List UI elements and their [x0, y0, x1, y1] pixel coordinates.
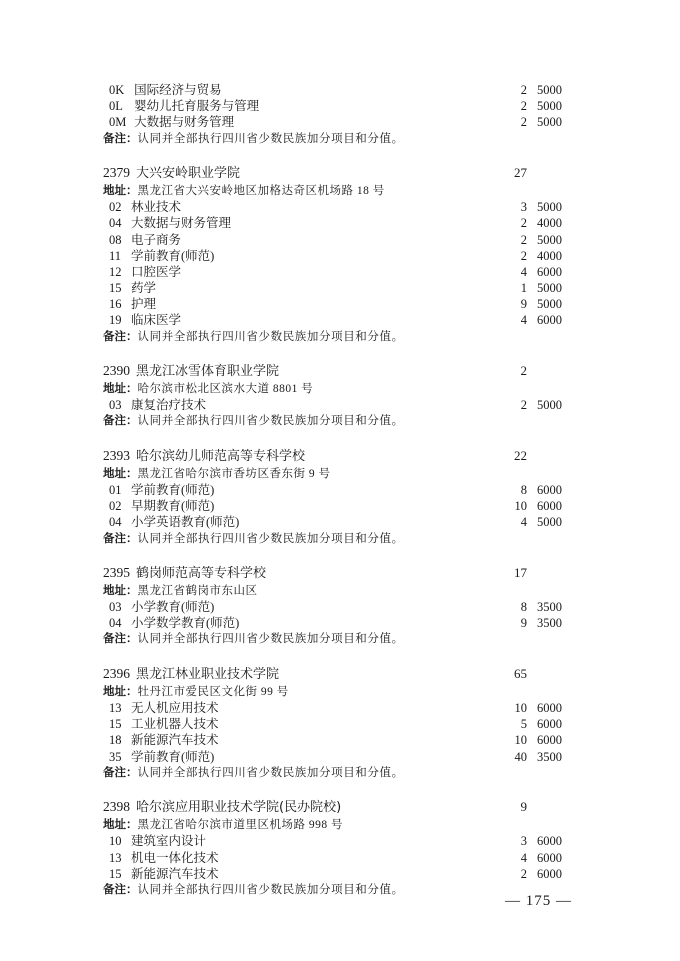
address-text: 黑龙江省哈尔滨市道里区机场路 998 号 [138, 819, 344, 831]
major-code: 04 [109, 514, 131, 530]
major-fee: 5000 [537, 98, 562, 114]
page-content: 0K 国际经济与贸易 2 5000 0L 婴幼儿托育服务与管理 2 5000 0… [103, 82, 573, 898]
school-block: 2393哈尔滨幼儿师范高等专科学校 22 地址：黑龙江省哈尔滨市香坊区香东街 9… [103, 446, 573, 547]
school-block: 2398哈尔滨应用职业技术学院(民办院校) 9 地址：黑龙江省哈尔滨市道里区机场… [103, 797, 573, 898]
major-count: 2 [507, 82, 527, 98]
major-name: 林业技术 [131, 200, 181, 214]
major-fee: 4000 [537, 215, 562, 231]
major-fee: 5000 [537, 397, 562, 413]
address-line: 地址：牡丹江市爱民区文化街 99 号 [103, 684, 573, 700]
major-name: 国际经济与贸易 [134, 83, 222, 97]
major-fee: 6000 [537, 866, 562, 882]
page-number: — 175 — [505, 893, 572, 910]
major-fee: 5000 [537, 114, 562, 130]
major-count: 4 [507, 514, 527, 530]
address-line: 地址：黑龙江省哈尔滨市道里区机场路 998 号 [103, 817, 573, 833]
major-name: 临床医学 [131, 313, 181, 327]
major-fee: 3500 [537, 749, 562, 765]
note-text: 认同并全部执行四川省少数民族加分项目和分值。 [138, 767, 404, 779]
major-name: 新能源汽车技术 [131, 733, 219, 747]
major-name: 小学教育(师范) [131, 600, 214, 614]
major-name: 大数据与财务管理 [131, 216, 231, 230]
major-name: 新能源汽车技术 [131, 867, 219, 881]
major-row: 03小学教育(师范)83500 [103, 599, 573, 615]
address-line: 地址：黑龙江省鹤岗市东山区 [103, 583, 573, 599]
major-name: 康复治疗技术 [131, 398, 206, 412]
major-code: 19 [109, 312, 131, 328]
note-text: 认同并全部执行四川省少数民族加分项目和分值。 [138, 633, 404, 645]
note-text: 认同并全部执行四川省少数民族加分项目和分值。 [138, 884, 404, 896]
school-header: 2393哈尔滨幼儿师范高等专科学校 22 [103, 446, 573, 466]
major-count: 3 [507, 833, 527, 849]
school-code: 2393 [103, 448, 130, 463]
major-code: 08 [109, 232, 131, 248]
major-fee: 6000 [537, 833, 562, 849]
major-fee: 5000 [537, 199, 562, 215]
major-row: 08电子商务25000 [103, 232, 573, 248]
school-code: 2379 [103, 165, 130, 180]
major-name: 早期教育(师范) [131, 499, 214, 513]
major-fee: 6000 [537, 700, 562, 716]
continuation-block: 0K 国际经济与贸易 2 5000 0L 婴幼儿托育服务与管理 2 5000 0… [103, 82, 573, 147]
school-header: 2379大兴安岭职业学院 27 [103, 163, 573, 183]
school-block: 2396黑龙江林业职业技术学院 65 地址：牡丹江市爱民区文化街 99 号 13… [103, 664, 573, 781]
major-fee: 5000 [537, 232, 562, 248]
major-count: 3 [507, 199, 527, 215]
major-fee: 5000 [537, 296, 562, 312]
note-text: 认同并全部执行四川省少数民族加分项目和分值。 [138, 133, 404, 145]
major-code: 15 [109, 280, 131, 296]
major-row: 12口腔医学46000 [103, 264, 573, 280]
major-code: 0K [109, 82, 131, 98]
address-text: 黑龙江省大兴安岭地区加格达奇区机场路 18 号 [138, 185, 385, 197]
major-count: 2 [507, 114, 527, 130]
note-line: 备注：认同并全部执行四川省少数民族加分项目和分值。 [103, 413, 573, 429]
major-name: 建筑室内设计 [131, 834, 206, 848]
address-label: 地址： [103, 383, 138, 395]
address-line: 地址：哈尔滨市松北区滨水大道 8801 号 [103, 381, 573, 397]
major-count: 9 [507, 615, 527, 631]
school-block: 2395鹤岗师范高等专科学校 17 地址：黑龙江省鹤岗市东山区 03小学教育(师… [103, 563, 573, 648]
major-row: 04小学数学教育(师范)93500 [103, 615, 573, 631]
note-line: 备注：认同并全部执行四川省少数民族加分项目和分值。 [103, 531, 573, 547]
major-count: 9 [507, 296, 527, 312]
major-row: 35学前教育(师范)403500 [103, 749, 573, 765]
school-code: 2396 [103, 666, 130, 681]
major-count: 40 [507, 749, 527, 765]
major-row: 13机电一体化技术46000 [103, 850, 573, 866]
note-line: 备注：认同并全部执行四川省少数民族加分项目和分值。 [103, 765, 573, 781]
address-line: 地址：黑龙江省大兴安岭地区加格达奇区机场路 18 号 [103, 183, 573, 199]
address-text: 牡丹江市爱民区文化街 99 号 [138, 686, 289, 698]
major-name: 机电一体化技术 [131, 851, 219, 865]
school-header: 2396黑龙江林业职业技术学院 65 [103, 664, 573, 684]
major-row: 0L 婴幼儿托育服务与管理 2 5000 [103, 98, 573, 114]
address-label: 地址： [103, 585, 138, 597]
address-label: 地址： [103, 468, 138, 480]
major-fee: 6000 [537, 716, 562, 732]
major-code: 35 [109, 749, 131, 765]
note-label: 备注： [103, 884, 138, 896]
major-name: 婴幼儿托育服务与管理 [134, 99, 259, 113]
school-code: 2395 [103, 565, 130, 580]
school-header: 2398哈尔滨应用职业技术学院(民办院校) 9 [103, 797, 573, 817]
major-code: 02 [109, 498, 131, 514]
major-row: 15药学15000 [103, 280, 573, 296]
major-row: 03康复治疗技术25000 [103, 397, 573, 413]
major-count: 2 [507, 397, 527, 413]
major-row: 13无人机应用技术106000 [103, 700, 573, 716]
major-code: 11 [109, 248, 131, 264]
major-fee: 6000 [537, 482, 562, 498]
major-row: 18新能源汽车技术106000 [103, 732, 573, 748]
major-fee: 6000 [537, 312, 562, 328]
school-name: 大兴安岭职业学院 [136, 166, 240, 181]
major-row: 02林业技术35000 [103, 199, 573, 215]
major-code: 0M [109, 114, 131, 130]
major-row: 15工业机器人技术56000 [103, 716, 573, 732]
note-label: 备注： [103, 767, 138, 779]
note-label: 备注： [103, 633, 138, 645]
school-total: 2 [503, 361, 527, 381]
major-fee: 5000 [537, 82, 562, 98]
major-code: 04 [109, 615, 131, 631]
major-row: 15新能源汽车技术26000 [103, 866, 573, 882]
major-name: 小学数学教育(师范) [131, 616, 239, 630]
major-code: 12 [109, 264, 131, 280]
major-fee: 6000 [537, 850, 562, 866]
major-code: 01 [109, 482, 131, 498]
school-total: 27 [503, 163, 527, 183]
address-label: 地址： [103, 686, 138, 698]
major-name: 药学 [131, 281, 156, 295]
major-name: 护理 [131, 297, 156, 311]
school-name: 鹤岗师范高等专科学校 [136, 566, 266, 581]
major-name: 无人机应用技术 [131, 701, 219, 715]
school-block: 2390黑龙江冰雪体育职业学院 2 地址：哈尔滨市松北区滨水大道 8801 号 … [103, 361, 573, 430]
major-fee: 4000 [537, 248, 562, 264]
major-count: 10 [507, 498, 527, 514]
major-name: 电子商务 [131, 233, 181, 247]
major-code: 15 [109, 866, 131, 882]
major-row: 0K 国际经济与贸易 2 5000 [103, 82, 573, 98]
major-row: 04小学英语教育(师范)45000 [103, 514, 573, 530]
major-count: 4 [507, 850, 527, 866]
major-count: 2 [507, 866, 527, 882]
major-code: 13 [109, 700, 131, 716]
note-text: 认同并全部执行四川省少数民族加分项目和分值。 [138, 533, 404, 545]
major-count: 2 [507, 232, 527, 248]
school-total: 65 [503, 664, 527, 684]
major-fee: 5000 [537, 514, 562, 530]
note-label: 备注： [103, 533, 138, 545]
major-code: 0L [109, 98, 131, 114]
major-code: 18 [109, 732, 131, 748]
major-code: 04 [109, 215, 131, 231]
major-row: 04大数据与财务管理24000 [103, 215, 573, 231]
major-count: 1 [507, 280, 527, 296]
school-header: 2390黑龙江冰雪体育职业学院 2 [103, 361, 573, 381]
major-code: 16 [109, 296, 131, 312]
school-block: 2379大兴安岭职业学院 27 地址：黑龙江省大兴安岭地区加格达奇区机场路 18… [103, 163, 573, 345]
major-count: 4 [507, 264, 527, 280]
major-fee: 6000 [537, 498, 562, 514]
major-count: 2 [507, 215, 527, 231]
major-count: 5 [507, 716, 527, 732]
major-row: 0M 大数据与财务管理 2 5000 [103, 114, 573, 130]
major-fee: 3500 [537, 599, 562, 615]
note-text: 认同并全部执行四川省少数民族加分项目和分值。 [138, 415, 404, 427]
note-line: 备注：认同并全部执行四川省少数民族加分项目和分值。 [103, 329, 573, 345]
school-name: 哈尔滨幼儿师范高等专科学校 [136, 449, 305, 464]
school-total: 17 [503, 563, 527, 583]
major-code: 03 [109, 599, 131, 615]
major-code: 02 [109, 199, 131, 215]
major-row: 19临床医学46000 [103, 312, 573, 328]
note-label: 备注： [103, 415, 138, 427]
school-total: 22 [503, 446, 527, 466]
major-count: 10 [507, 700, 527, 716]
major-count: 8 [507, 599, 527, 615]
note-label: 备注： [103, 331, 138, 343]
address-text: 哈尔滨市松北区滨水大道 8801 号 [138, 383, 314, 395]
major-count: 2 [507, 248, 527, 264]
major-row: 11学前教育(师范)24000 [103, 248, 573, 264]
note-label: 备注： [103, 133, 138, 145]
major-row: 16护理95000 [103, 296, 573, 312]
major-count: 2 [507, 98, 527, 114]
major-name: 小学英语教育(师范) [131, 515, 239, 529]
major-code: 03 [109, 397, 131, 413]
major-fee: 5000 [537, 280, 562, 296]
address-label: 地址： [103, 819, 138, 831]
major-code: 13 [109, 850, 131, 866]
school-code: 2390 [103, 363, 130, 378]
major-count: 4 [507, 312, 527, 328]
major-count: 10 [507, 732, 527, 748]
note-line: 备注：认同并全部执行四川省少数民族加分项目和分值。 [103, 131, 573, 147]
school-code: 2398 [103, 799, 130, 814]
school-header: 2395鹤岗师范高等专科学校 17 [103, 563, 573, 583]
school-name: 黑龙江林业职业技术学院 [136, 667, 279, 682]
school-name: 哈尔滨应用职业技术学院(民办院校) [136, 800, 341, 815]
major-name: 学前教育(师范) [131, 483, 214, 497]
note-line: 备注：认同并全部执行四川省少数民族加分项目和分值。 [103, 631, 573, 647]
major-count: 8 [507, 482, 527, 498]
address-text: 黑龙江省哈尔滨市香坊区香东街 9 号 [138, 468, 331, 480]
school-total: 9 [503, 797, 527, 817]
major-name: 口腔医学 [131, 265, 181, 279]
school-name: 黑龙江冰雪体育职业学院 [136, 364, 279, 379]
note-line: 备注：认同并全部执行四川省少数民族加分项目和分值。 [103, 882, 573, 898]
major-name: 学前教育(师范) [131, 750, 214, 764]
major-name: 大数据与财务管理 [134, 115, 234, 129]
major-row: 02早期教育(师范)106000 [103, 498, 573, 514]
note-text: 认同并全部执行四川省少数民族加分项目和分值。 [138, 331, 404, 343]
major-code: 15 [109, 716, 131, 732]
major-fee: 6000 [537, 732, 562, 748]
major-row: 10建筑室内设计36000 [103, 833, 573, 849]
address-line: 地址：黑龙江省哈尔滨市香坊区香东街 9 号 [103, 466, 573, 482]
major-code: 10 [109, 833, 131, 849]
major-row: 01学前教育(师范)86000 [103, 482, 573, 498]
major-name: 学前教育(师范) [131, 249, 214, 263]
major-fee: 3500 [537, 615, 562, 631]
major-name: 工业机器人技术 [131, 717, 219, 731]
major-fee: 6000 [537, 264, 562, 280]
address-label: 地址： [103, 185, 138, 197]
address-text: 黑龙江省鹤岗市东山区 [138, 585, 258, 597]
